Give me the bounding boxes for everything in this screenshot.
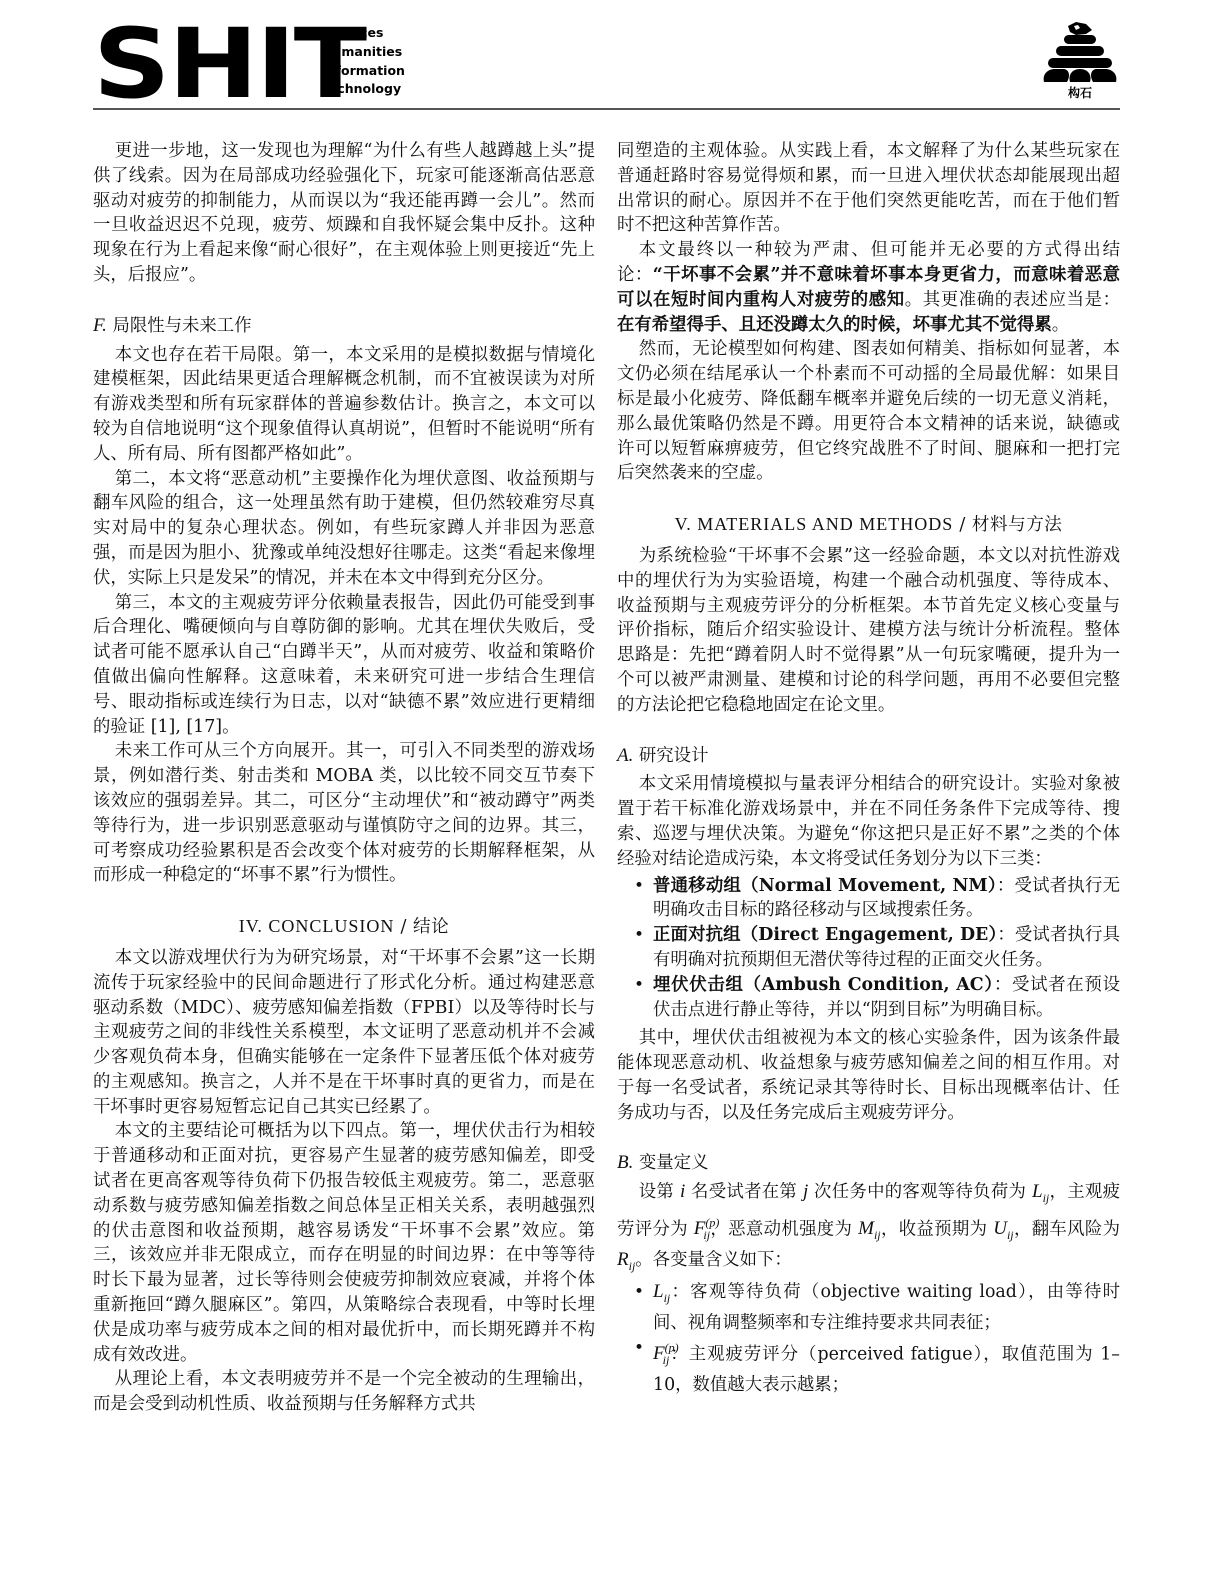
publisher-emblem: 构石: [1040, 22, 1120, 108]
paragraph-methods-intro: 为系统检验“干坏事不会累”这一经验命题，本文以对抗性游戏中的埋伏行为为实验语境，…: [617, 544, 1120, 718]
text-run: ，翻车风险为: [1014, 1219, 1120, 1239]
variable-description: ：客观等待负荷（objective waiting load），由等待时间、视角…: [653, 1282, 1120, 1333]
subsection-heading-a: A. 研究设计: [617, 744, 1120, 769]
text-run: 设第: [639, 1182, 680, 1202]
section-title-separator: /: [953, 515, 972, 535]
subsection-title: 变量定义: [639, 1153, 709, 1173]
math-subscript: ij: [1007, 1228, 1014, 1242]
paragraph-conclusion-3: 从理论上看，本文表明疲劳并不是一个完全被动的生理输出，而是会受到动机性质、收益预…: [93, 1367, 595, 1417]
section-title-en: IV. CONCLUSION: [239, 916, 395, 936]
bold-claim-2: 在有希望得手、且还没蹲太久的时候，坏事尤其不觉得累: [617, 315, 1052, 335]
subsection-heading-b: B. 变量定义: [617, 1151, 1120, 1176]
variable-list: Lij：客观等待负荷（objective waiting load），由等待时间…: [617, 1280, 1120, 1397]
subsection-heading-f: F. 局限性与未来工作: [93, 314, 595, 339]
text-run: 次任务中的客观等待负荷为: [808, 1182, 1032, 1202]
math-subscript: ij: [874, 1228, 881, 1242]
paragraph-core-condition: 其中，埋伏伏击组被视为本文的核心实验条件，因为该条件最能体现恶意动机、收益想象与…: [617, 1026, 1120, 1125]
paragraph-limitation-3: 第三，本文的主观疲劳评分依赖量表报告，因此仍可能受到事后合理化、嘴硬倾向与自尊防…: [93, 591, 595, 740]
text-run: 。其更准确的表述应当是：: [905, 290, 1120, 310]
math-M-ij: Mij: [858, 1218, 881, 1239]
section-title-zh: 结论: [413, 917, 449, 937]
header-divider: [93, 108, 1120, 110]
subsection-letter: F.: [93, 315, 107, 336]
math-symbol: U: [993, 1218, 1007, 1239]
list-item-direct-engagement: 正面对抗组（Direct Engagement, DE）：受试者执行具有明确对抗…: [653, 923, 1120, 973]
subsection-title: 研究设计: [639, 746, 709, 766]
math-L-ij: Lij: [1032, 1181, 1049, 1202]
list-item-variable-F: F(p)ij：主观疲劳评分（perceived fatigue），取值范围为 1…: [653, 1336, 1120, 1398]
group-term: 普通移动组（Normal Movement, NM）: [653, 876, 997, 896]
math-symbol: L: [1032, 1181, 1043, 1202]
paragraph-final-statement: 本文最终以一种较为严肃、但可能并无必要的方式得出结论：“干坏事不会累”并不意味着…: [617, 238, 1120, 337]
left-column: 更进一步地，这一发现也为理解“为什么有些人越蹲越上头”提供了线索。因为在局部成功…: [93, 139, 595, 1417]
math-F-ij-p: F(p)ij: [653, 1343, 669, 1364]
group-term: 正面对抗组（Direct Engagement, DE）: [653, 925, 997, 945]
math-symbol: L: [653, 1281, 664, 1302]
paper-page: SHIT Sciences Humanities Information Tec…: [0, 0, 1224, 1584]
list-item-normal-movement: 普通移动组（Normal Movement, NM）：受试者执行无明确攻击目标的…: [653, 874, 1120, 924]
logo-line-information: Information: [322, 62, 405, 81]
paragraph-limitation-2: 第二，本文将“恶意动机”主要操作化为埋伏意图、收益预期与翻车风险的组合，这一处理…: [93, 467, 595, 591]
paragraph-limitation-1: 本文也存在若干局限。第一，本文采用的是模拟数据与情境化建模框架，因此结果更适合理…: [93, 343, 595, 467]
task-group-list: 普通移动组（Normal Movement, NM）：受试者执行无明确攻击目标的…: [617, 874, 1120, 1023]
paragraph-conclusion-1: 本文以游戏埋伏行为为研究场景，对“干坏事不会累”这一长期流传于玩家经验中的民间命…: [93, 946, 595, 1120]
logo-line-technology: Technology: [322, 80, 405, 99]
section-title-zh: 材料与方法: [972, 515, 1062, 535]
paragraph-variable-definition: 设第 i 名受试者在第 j 次任务中的客观等待负荷为 Lij，主观疲劳评分为 F…: [617, 1180, 1120, 1278]
subsection-letter: B.: [617, 1152, 633, 1173]
subsection-letter: A.: [617, 745, 633, 766]
math-U-ij: Uij: [993, 1218, 1013, 1239]
emblem-label: 构石: [1040, 84, 1120, 101]
section-title-en: V. MATERIALS AND METHODS: [675, 514, 954, 534]
variable-description: ：主观疲劳评分（perceived fatigue），取值范围为 1–10，数值…: [653, 1344, 1120, 1395]
text-run: 。各变量含义如下：: [635, 1250, 792, 1270]
paragraph-insight: 更进一步地，这一发现也为理解“为什么有些人越蹲越上头”提供了线索。因为在局部成功…: [93, 139, 595, 288]
paragraph-conclusion-3-cont: 同塑造的主观体验。从实践上看，本文解释了为什么某些玩家在普通赶路时容易觉得烦和累…: [617, 139, 1120, 238]
paragraph-future-work: 未来工作可从三个方向展开。其一，可引入不同类型的游戏场景，例如潜行类、射击类和 …: [93, 739, 595, 888]
journal-header: SHIT Sciences Humanities Information Tec…: [93, 22, 1120, 108]
text-run: ，恶意动机强度为: [710, 1219, 858, 1239]
section-heading-conclusion: IV. CONCLUSION / 结论: [93, 914, 595, 940]
logo-line-humanities: Humanities: [322, 43, 405, 62]
section-heading-methods: V. MATERIALS AND METHODS / 材料与方法: [617, 512, 1120, 538]
paragraph-study-design: 本文采用情境模拟与量表评分相结合的研究设计。实验对象被置于若干标准化游戏场景中，…: [617, 772, 1120, 871]
math-symbol: M: [858, 1218, 874, 1239]
paragraph-conclusion-2: 本文的主要结论可概括为以下四点。第一，埋伏伏击行为相较于普通移动和正面对抗，更容…: [93, 1119, 595, 1367]
math-symbol: R: [617, 1249, 629, 1270]
subsection-title: 局限性与未来工作: [112, 316, 251, 336]
right-column: 同塑造的主观体验。从实践上看，本文解释了为什么某些玩家在普通赶路时容易觉得烦和累…: [617, 139, 1120, 1398]
journal-logo-subtitle: Sciences Humanities Information Technolo…: [322, 24, 405, 99]
list-item-variable-L: Lij：客观等待负荷（objective waiting load），由等待时间…: [653, 1280, 1120, 1335]
text-run: 名受试者在第: [685, 1182, 803, 1202]
math-R-ij: Rij: [617, 1249, 635, 1270]
stone-pile-icon: [1042, 22, 1118, 86]
text-run: 。: [1052, 315, 1069, 335]
paragraph-global-optimum: 然而，无论模型如何构建、图表如何精美、指标如何显著，本文仍必须在结尾承认一个朴素…: [617, 337, 1120, 486]
logo-line-sciences: Sciences: [322, 24, 405, 43]
section-title-separator: /: [394, 917, 413, 937]
math-F-ij-p: F(p)ij: [694, 1218, 710, 1239]
group-term: 埋伏伏击组（Ambush Condition, AC）: [653, 975, 994, 995]
list-item-ambush-condition: 埋伏伏击组（Ambush Condition, AC）：受试者在预设伏击点进行静…: [653, 973, 1120, 1023]
text-run: ，收益预期为: [881, 1219, 994, 1239]
math-L-ij: Lij: [653, 1281, 670, 1302]
